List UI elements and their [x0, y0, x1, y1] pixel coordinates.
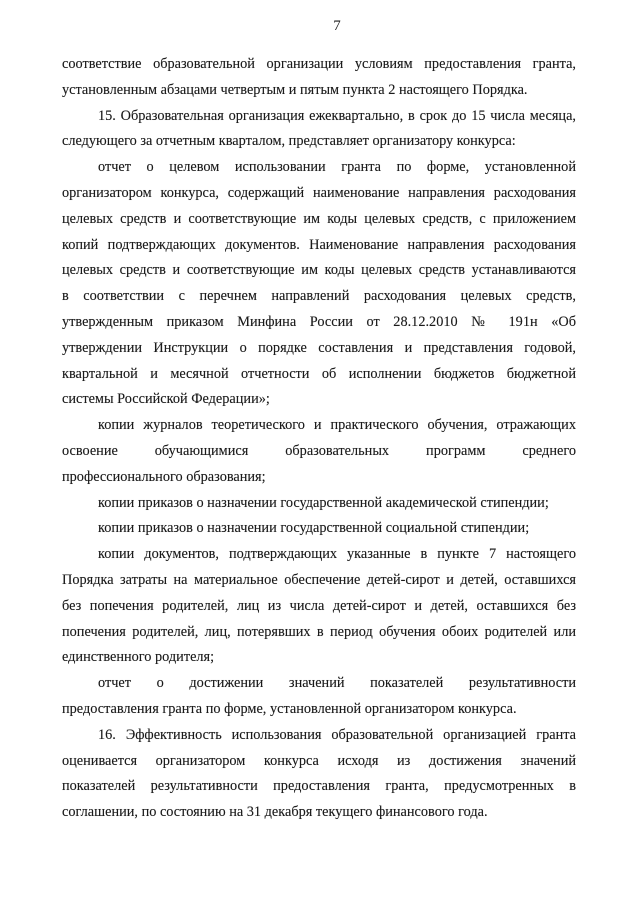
- text-line: квартальной и месячной отчетности об исп…: [62, 362, 576, 388]
- page-number: 7: [0, 16, 640, 36]
- paragraph: 16. Эффективность использования образова…: [62, 723, 576, 826]
- text-line: утвержденным приказом Минфина России от …: [62, 310, 576, 336]
- text-line: без попечения родителей, лиц из числа де…: [62, 594, 576, 620]
- paragraph: копии журналов теоретического и практиче…: [62, 413, 576, 490]
- text-line: профессионального образования;: [62, 465, 576, 491]
- paragraph: копии приказов о назначении государствен…: [62, 516, 576, 542]
- text-line: установленным абзацами четвертым и пятым…: [62, 78, 576, 104]
- paragraph: соответствие образовательной организации…: [62, 52, 576, 104]
- text-line: целевых средств и соответствующие им код…: [62, 207, 576, 233]
- text-line: отчет о целевом использовании гранта по …: [62, 155, 576, 181]
- document-body: соответствие образовательной организации…: [62, 52, 576, 826]
- text-line: утверждении Инструкции о порядке составл…: [62, 336, 576, 362]
- paragraph: отчет о целевом использовании гранта по …: [62, 155, 576, 413]
- text-line: оценивается организатором конкурса исход…: [62, 749, 576, 775]
- text-line: соответствие образовательной организации…: [62, 52, 576, 78]
- paragraph: 15. Образовательная организация ежекварт…: [62, 104, 576, 156]
- text-line: организатором конкурса, содержащий наиме…: [62, 181, 576, 207]
- text-line: 16. Эффективность использования образова…: [62, 723, 576, 749]
- text-line: соглашении, по состоянию на 31 декабря т…: [62, 800, 576, 826]
- text-line: копии приказов о назначении государствен…: [62, 516, 576, 542]
- text-line: отчет о достижении значений показателей …: [62, 671, 576, 697]
- text-line: показателей результативности предоставле…: [62, 774, 576, 800]
- text-line: системы Российской Федерации»;: [62, 387, 576, 413]
- text-line: 15. Образовательная организация ежекварт…: [62, 104, 576, 130]
- text-line: копии приказов о назначении государствен…: [62, 491, 576, 517]
- text-line: в соответствии с перечнем направлений ра…: [62, 284, 576, 310]
- text-line: копии документов, подтверждающих указанн…: [62, 542, 576, 568]
- text-line: освоение обучающимися образовательных пр…: [62, 439, 576, 465]
- text-line: предоставления гранта по форме, установл…: [62, 697, 576, 723]
- text-line: попечения родителей, лиц, потерявших в п…: [62, 620, 576, 646]
- text-line: копий подтверждающих документов. Наимено…: [62, 233, 576, 259]
- paragraph: отчет о достижении значений показателей …: [62, 671, 576, 723]
- paragraph: копии приказов о назначении государствен…: [62, 491, 576, 517]
- text-line: целевых средств и соответствующие им код…: [62, 258, 576, 284]
- text-line: Порядка затраты на материальное обеспече…: [62, 568, 576, 594]
- scanned-document-page: 7 соответствие образовательной организац…: [0, 0, 640, 905]
- text-line: единственного родителя;: [62, 645, 576, 671]
- text-line: следующего за отчетным кварталом, предст…: [62, 129, 576, 155]
- paragraph: копии документов, подтверждающих указанн…: [62, 542, 576, 671]
- text-line: копии журналов теоретического и практиче…: [62, 413, 576, 439]
